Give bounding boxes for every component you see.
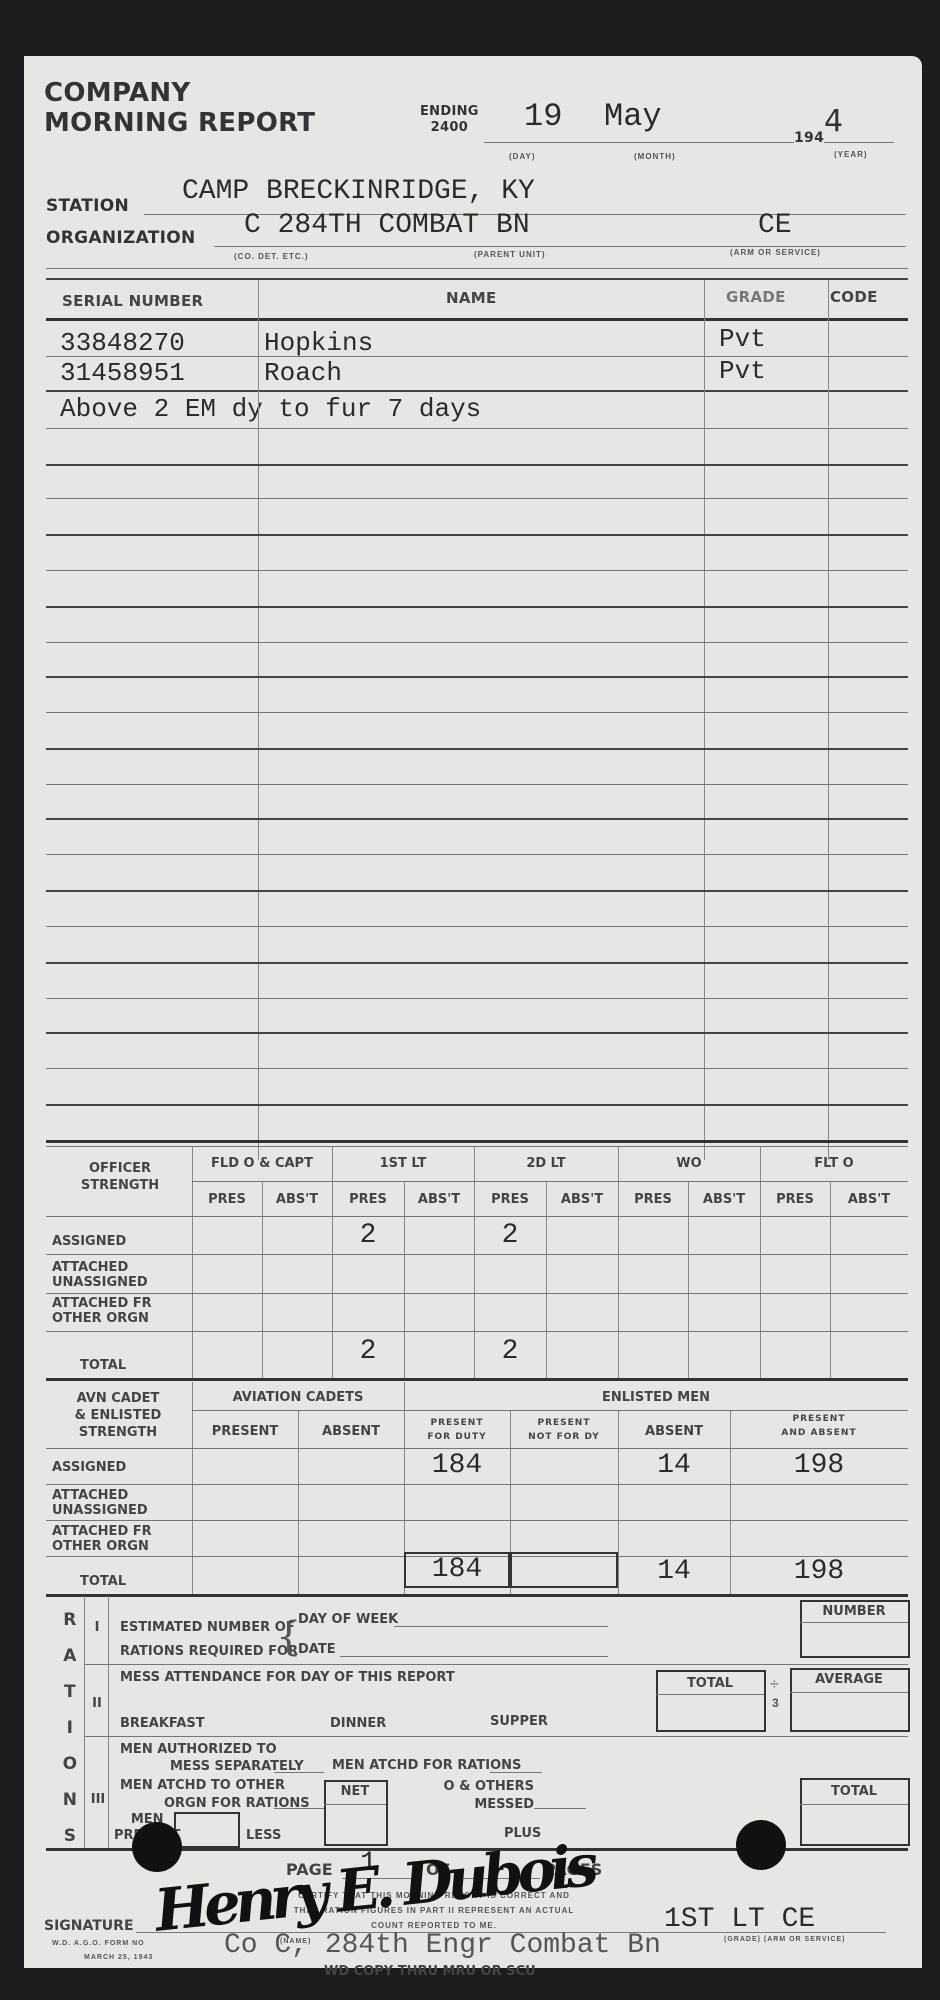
row-line	[46, 356, 908, 357]
sub-pres: PRES	[618, 1192, 688, 1207]
men-auth-line1: MEN AUTHORIZED TO	[120, 1742, 277, 1757]
row-line	[46, 890, 908, 892]
row-line	[84, 1664, 908, 1665]
row-line	[46, 818, 908, 820]
label-line: ATTACHED	[52, 1488, 148, 1503]
row-line	[46, 606, 908, 608]
label-line: OTHER ORGN	[52, 1311, 152, 1326]
total-label: TOTAL	[656, 1676, 764, 1691]
month-caption: (MONTH)	[634, 152, 676, 161]
signature-label: SIGNATURE	[44, 1918, 134, 1934]
row-line	[46, 784, 908, 785]
col-present-not-for-dy: PRESENT NOT FOR DY	[510, 1416, 618, 1444]
row-line	[46, 642, 908, 643]
mess-separately-field[interactable]	[274, 1772, 324, 1773]
serial-number: 31458951	[60, 358, 185, 388]
officer-2d-lt-pres-total: 2	[492, 1336, 528, 1367]
row-line	[46, 1032, 908, 1034]
em-absent-assigned: 14	[618, 1450, 730, 1481]
officer-1st-lt-pres-assigned: 2	[350, 1220, 386, 1251]
row-line	[46, 1293, 908, 1294]
col-serial-number: SERIAL NUMBER	[62, 292, 203, 310]
col-divider	[830, 1182, 831, 1378]
sub-abst: ABS'T	[830, 1192, 908, 1207]
col-cadet-present: PRESENT	[192, 1424, 298, 1439]
letter: A	[62, 1638, 78, 1674]
sub-abst: ABS'T	[546, 1192, 618, 1207]
day-of-week-field[interactable]	[394, 1626, 608, 1627]
row-line	[46, 748, 908, 750]
label-line: ATTACHED FR	[52, 1524, 152, 1539]
date-field[interactable]	[340, 1656, 608, 1657]
organization-line	[214, 246, 906, 247]
year-caption: (YEAR)	[834, 150, 868, 159]
sub-pres: PRES	[192, 1192, 262, 1207]
label-line: ESTIMATED NUMBER OF	[120, 1616, 298, 1640]
label-line: PRESENT	[510, 1416, 618, 1430]
punch-hole-icon	[736, 1820, 786, 1870]
label-line: AND ABSENT	[730, 1426, 908, 1440]
day-caption: (DAY)	[509, 152, 535, 161]
date-label: DATE	[298, 1642, 336, 1657]
ending-label-text: ENDING	[420, 104, 479, 120]
em-present-and-absent-total: 198	[730, 1556, 908, 1587]
soldier-name: Hopkins	[264, 328, 373, 358]
wd-copy-note: WD COPY THRU MRU OR SCU	[324, 1964, 536, 1979]
group-wo: WO	[618, 1156, 760, 1171]
row-line	[46, 428, 908, 429]
label-line: MESSED	[438, 1796, 534, 1814]
title-line: AVN CADET	[48, 1390, 188, 1407]
group-fld-o-capt: FLD O & CAPT	[192, 1156, 332, 1171]
title-line: STRENGTH	[48, 1424, 188, 1441]
ending-time: 2400	[420, 120, 479, 136]
col-name: NAME	[446, 289, 497, 307]
group-2d-lt: 2D LT	[474, 1156, 618, 1171]
roster-top-line-2	[46, 278, 908, 280]
less-label: LESS	[246, 1828, 281, 1843]
breakfast-label: BREAKFAST	[120, 1716, 205, 1731]
year-prefix: 194	[794, 130, 824, 146]
row-line	[46, 1594, 908, 1597]
col-cadet-absent: ABSENT	[298, 1424, 404, 1439]
col-divider	[688, 1182, 689, 1378]
row-label-attached-fr-other: ATTACHED FR OTHER ORGN	[52, 1296, 152, 1326]
label-line: PRESENT	[404, 1416, 510, 1430]
part-ii: II	[88, 1696, 106, 1711]
label-line: ATTACHED	[52, 1260, 148, 1275]
men-atchd-rations-label: MEN ATCHD FOR RATIONS	[332, 1758, 521, 1773]
part-ii-text: MESS ATTENDANCE FOR DAY OF THIS REPORT	[120, 1670, 455, 1685]
men-atchd-rations-field[interactable]	[490, 1772, 542, 1773]
row-label-total: TOTAL	[80, 1574, 126, 1589]
report-day: 19	[524, 98, 562, 135]
col-divider	[404, 1182, 405, 1378]
col-divider	[192, 1382, 193, 1594]
sub-pres: PRES	[332, 1192, 404, 1207]
officer-2d-lt-pres-assigned: 2	[492, 1220, 528, 1251]
station-label: STATION	[46, 196, 129, 216]
row-line	[46, 464, 908, 466]
total-iii-label: TOTAL	[800, 1784, 908, 1799]
signer-grade: 1ST LT CE	[664, 1904, 815, 1935]
row-line	[46, 998, 908, 999]
roster-header-rule	[46, 318, 908, 321]
serial-number: 33848270	[60, 328, 185, 358]
row-line	[46, 1068, 908, 1069]
ending-label: ENDING 2400	[420, 104, 479, 136]
officer-1st-lt-pres-total: 2	[350, 1336, 386, 1367]
label-line: UNASSIGNED	[52, 1275, 148, 1290]
row-label-assigned: ASSIGNED	[52, 1460, 126, 1475]
typed-unit: Co C, 284th Engr Combat Bn	[224, 1930, 661, 1961]
letter: O	[62, 1746, 78, 1782]
label-line: ATTACHED FR	[52, 1296, 152, 1311]
row-line	[192, 1181, 908, 1182]
row-line	[46, 1448, 908, 1449]
form-date: MARCH 25, 1943	[84, 1954, 153, 1961]
col-present-and-absent: PRESENT AND ABSENT	[730, 1412, 908, 1440]
net-label: NET	[324, 1784, 386, 1799]
dinner-label: DINNER	[330, 1716, 386, 1731]
row-label-attached-fr-other: ATTACHED FR OTHER ORGN	[52, 1524, 152, 1554]
col-divider	[258, 280, 259, 1160]
form-number: W.D. A.G.O. FORM NO	[52, 1940, 145, 1947]
form-title-line1: COMPANY	[44, 78, 315, 108]
col-divider	[108, 1596, 109, 1848]
divide-by: 3	[772, 1696, 779, 1710]
em-absent-total: 14	[618, 1556, 730, 1587]
form-title: COMPANY MORNING REPORT	[44, 78, 315, 138]
col-divider	[546, 1182, 547, 1378]
number-label: NUMBER	[800, 1604, 908, 1619]
organization-label: ORGANIZATION	[46, 228, 196, 248]
station-value: CAMP BRECKINRIDGE, KY	[182, 176, 535, 207]
row-line	[46, 390, 908, 392]
col-divider	[828, 280, 829, 1160]
number-box-divider	[800, 1622, 908, 1623]
label-line: O & OTHERS	[438, 1778, 534, 1796]
box-divider	[790, 1692, 908, 1693]
col-grade: GRADE	[726, 288, 786, 306]
men-atchd-other-line1: MEN ATCHD TO OTHER	[120, 1778, 285, 1793]
label-line: RATIONS REQUIRED FOR	[120, 1640, 298, 1664]
officer-strength-title: OFFICER STRENGTH	[60, 1130, 180, 1194]
day-of-week-label: DAY OF WEEK	[298, 1612, 398, 1627]
rations-vertical-label: R A T I O N S	[62, 1602, 78, 1854]
parent-caption: (PARENT UNIT)	[474, 250, 546, 259]
row-line	[46, 1104, 908, 1106]
box-divider	[324, 1804, 386, 1805]
arm-caption: (ARM OR SERVICE)	[730, 248, 821, 257]
row-label-attached-unassigned: ATTACHED UNASSIGNED	[52, 1260, 148, 1290]
box-divider	[656, 1694, 764, 1695]
year-line	[824, 142, 894, 143]
sub-pres: PRES	[474, 1192, 546, 1207]
soldier-grade: Pvt	[719, 356, 766, 386]
roster-remark: Above 2 EM dy to fur 7 days	[60, 394, 481, 424]
supper-label: SUPPER	[490, 1714, 548, 1729]
row-line	[46, 570, 908, 571]
col-code: CODE	[830, 288, 878, 306]
arm-service-value: CE	[758, 210, 792, 241]
row-line	[46, 1216, 908, 1217]
date-line	[484, 142, 794, 143]
row-line	[46, 926, 908, 927]
sub-abst: ABS'T	[262, 1192, 332, 1207]
em-present-for-duty-assigned: 184	[404, 1450, 510, 1481]
average-label: AVERAGE	[790, 1672, 908, 1687]
part-i: I	[88, 1620, 106, 1635]
soldier-grade: Pvt	[719, 324, 766, 354]
part-iii: III	[88, 1792, 108, 1807]
em-present-and-absent-assigned: 198	[730, 1450, 908, 1481]
label-line: NOT FOR DY	[510, 1430, 618, 1444]
row-line	[46, 1520, 908, 1521]
col-divider	[262, 1182, 263, 1378]
letter: T	[62, 1674, 78, 1710]
group-1st-lt: 1ST LT	[332, 1156, 474, 1171]
row-line	[46, 962, 908, 964]
soldier-name: Roach	[264, 358, 342, 388]
col-present-for-duty: PRESENT FOR DUTY	[404, 1416, 510, 1444]
label-line: PRESENT	[730, 1412, 908, 1426]
punch-hole-icon	[132, 1822, 182, 1872]
men-present-box[interactable]	[174, 1812, 240, 1848]
row-line	[46, 498, 908, 499]
officer-title-2: STRENGTH	[60, 1177, 180, 1194]
enlisted-strength-title: AVN CADET & ENLISTED STRENGTH	[48, 1328, 188, 1441]
total-present-not-for-dy-box	[510, 1552, 618, 1588]
year-digit: 4	[824, 104, 843, 139]
group-flt-o: FLT O	[760, 1156, 908, 1171]
co-caption: (CO. DET. ETC.)	[234, 252, 309, 261]
row-line	[192, 1410, 908, 1411]
label-line: FOR DUTY	[404, 1430, 510, 1444]
officer-title-1: OFFICER	[60, 1160, 180, 1177]
col-divider	[84, 1596, 85, 1848]
title-line: & ENLISTED	[48, 1407, 188, 1424]
row-line	[46, 854, 908, 855]
sub-abst: ABS'T	[404, 1192, 474, 1207]
label-line: UNASSIGNED	[52, 1503, 148, 1518]
letter: R	[62, 1602, 78, 1638]
report-month: May	[604, 98, 662, 135]
o-others-field[interactable]	[534, 1808, 586, 1809]
letter: I	[62, 1710, 78, 1746]
group-aviation-cadets: AVIATION CADETS	[192, 1390, 404, 1405]
group-enlisted-men: ENLISTED MEN	[404, 1390, 908, 1405]
morning-report-form: COMPANY MORNING REPORT ENDING 2400 19 Ma…	[24, 56, 922, 1968]
label-line: OTHER ORGN	[52, 1539, 152, 1554]
row-line	[46, 712, 908, 713]
row-line	[84, 1736, 908, 1737]
sub-pres: PRES	[760, 1192, 830, 1207]
divide-icon: ÷	[770, 1676, 779, 1694]
letter: N	[62, 1782, 78, 1818]
o-others-messed: O & OTHERS MESSED	[438, 1778, 534, 1814]
row-line	[46, 1254, 908, 1255]
row-label-attached-unassigned: ATTACHED UNASSIGNED	[52, 1488, 148, 1518]
row-line	[46, 676, 908, 678]
box-divider	[800, 1804, 908, 1805]
part-i-text: ESTIMATED NUMBER OF RATIONS REQUIRED FOR	[120, 1616, 298, 1664]
col-em-absent: ABSENT	[618, 1424, 730, 1439]
col-divider	[704, 280, 705, 1160]
row-line	[46, 1484, 908, 1485]
roster-top-line	[46, 268, 908, 269]
men-atchd-other-field[interactable]	[274, 1808, 324, 1809]
row-line	[46, 534, 908, 536]
row-label-assigned: ASSIGNED	[52, 1234, 126, 1249]
form-title-line2: MORNING REPORT	[44, 108, 315, 138]
organization-value: C 284TH COMBAT BN	[244, 210, 530, 241]
em-present-for-duty-total: 184	[404, 1554, 510, 1585]
grade-caption: (GRADE) (ARM OR SERVICE)	[724, 1936, 845, 1943]
sub-abst: ABS'T	[688, 1192, 760, 1207]
